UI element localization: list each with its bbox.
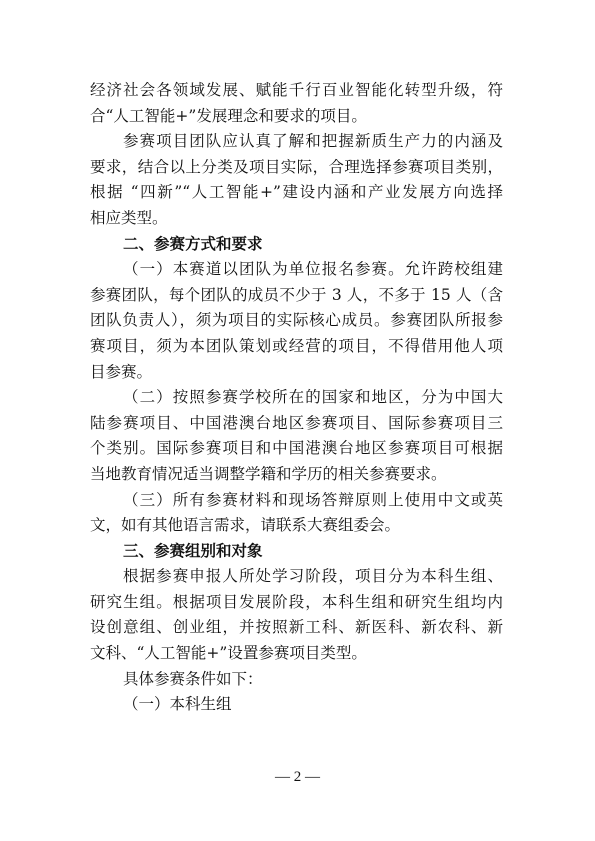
subsection-heading: （一）本科生组 bbox=[90, 692, 503, 718]
text-line: 设创意组、创业组，并按照新工科、新医科、新农科、新 bbox=[90, 615, 503, 641]
text-line: （一）本赛道以团队为单位报名参赛。允许跨校组建 bbox=[90, 257, 503, 283]
paragraph: 根据参赛申报人所处学习阶段，项目分为本科生组、 研究生组。根据项目发展阶段，本科… bbox=[90, 564, 503, 666]
section-heading: 二、参赛方式和要求 bbox=[90, 232, 503, 258]
paragraph: （一）本赛道以团队为单位报名参赛。允许跨校组建 参赛团队，每个团队的成员不少于 … bbox=[90, 257, 503, 385]
text-line: 相应类型。 bbox=[90, 206, 503, 232]
text-line: 当地教育情况适当调整学籍和学历的相关参赛要求。 bbox=[90, 462, 503, 488]
paragraph: 具体参赛条件如下： bbox=[90, 667, 503, 693]
document-page: 经济社会各领域发展、赋能千行百业智能化转型升级，符 合“人工智能+”发展理念和要… bbox=[0, 0, 595, 841]
text-line: 根据参赛申报人所处学习阶段，项目分为本科生组、 bbox=[90, 564, 503, 590]
page-body: 经济社会各领域发展、赋能千行百业智能化转型升级，符 合“人工智能+”发展理念和要… bbox=[90, 78, 503, 718]
text-line: 要求，结合以上分类及项目实际，合理选择参赛项目类别， bbox=[90, 155, 503, 181]
text-line: 合“人工智能+”发展理念和要求的项目。 bbox=[90, 104, 503, 130]
paragraph: 经济社会各领域发展、赋能千行百业智能化转型升级，符 合“人工智能+”发展理念和要… bbox=[90, 78, 503, 129]
text-line: 目参赛。 bbox=[90, 360, 503, 386]
text-line: 根据 “四新”“人工智能+”建设内涵和产业发展方向选择 bbox=[90, 180, 503, 206]
text-line: 经济社会各领域发展、赋能千行百业智能化转型升级，符 bbox=[90, 78, 503, 104]
paragraph: （三）所有参赛材料和现场答辩原则上使用中文或英 文，如有其他语言需求，请联系大赛… bbox=[90, 488, 503, 539]
text-line: （二）按照参赛学校所在的国家和地区，分为中国大 bbox=[90, 385, 503, 411]
text-line: 具体参赛条件如下： bbox=[90, 667, 503, 693]
text-line: 赛项目，须为本团队策划或经营的项目，不得借用他人项 bbox=[90, 334, 503, 360]
text-line: 团队负责人），须为项目的实际核心成员。参赛团队所报参 bbox=[90, 308, 503, 334]
paragraph: 参赛项目团队应认真了解和把握新质生产力的内涵及 要求，结合以上分类及项目实际，合… bbox=[90, 129, 503, 231]
text-line: （三）所有参赛材料和现场答辩原则上使用中文或英 bbox=[90, 488, 503, 514]
text-line: 文，如有其他语言需求，请联系大赛组委会。 bbox=[90, 513, 503, 539]
text-line: 参赛项目团队应认真了解和把握新质生产力的内涵及 bbox=[90, 129, 503, 155]
text-line: 研究生组。根据项目发展阶段，本科生组和研究生组均内 bbox=[90, 590, 503, 616]
text-line: 文科、“人工智能+”设置参赛项目类型。 bbox=[90, 641, 503, 667]
text-line: 参赛团队，每个团队的成员不少于 3 人，不多于 15 人（含 bbox=[90, 283, 503, 309]
section-heading: 三、参赛组别和对象 bbox=[90, 539, 503, 565]
paragraph: （二）按照参赛学校所在的国家和地区，分为中国大 陆参赛项目、中国港澳台地区参赛项… bbox=[90, 385, 503, 487]
page-number: — 2 — bbox=[0, 766, 595, 788]
text-line: 陆参赛项目、中国港澳台地区参赛项目、国际参赛项目三 bbox=[90, 411, 503, 437]
text-line: 个类别。国际参赛项目和中国港澳台地区参赛项目可根据 bbox=[90, 436, 503, 462]
